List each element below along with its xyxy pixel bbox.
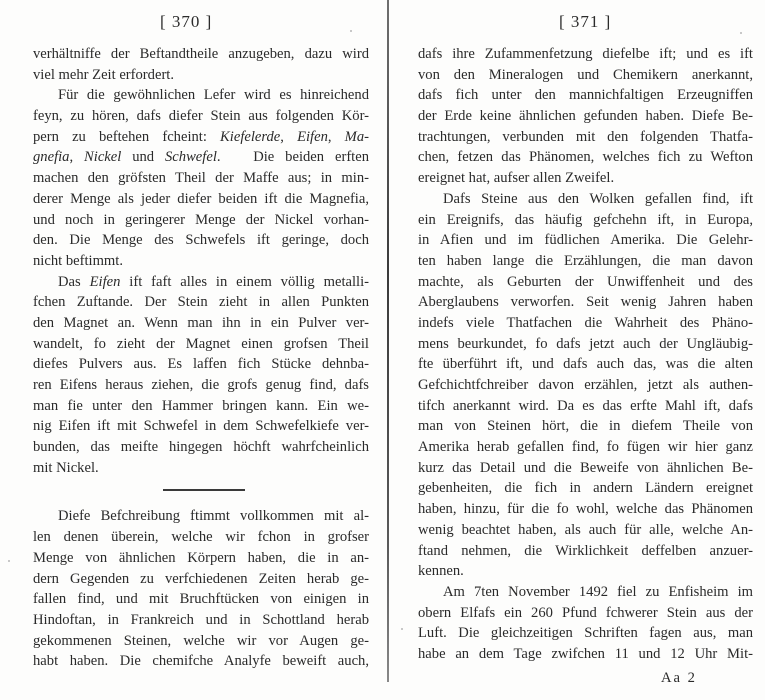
text-line: verhältniffe der Beftandtheile anzugeben… — [33, 44, 369, 65]
italic-term: Kiefelerde — [220, 129, 280, 145]
text-line: mens beurkundet, fo dafs jetzt auch der … — [418, 334, 753, 355]
text-line: trachtungen, verbunden mit den folgenden… — [418, 127, 753, 148]
text-line: obern Elfafs ein 260 Pfund fchwerer Stei… — [418, 603, 753, 624]
text-line: der Erde keine ähnlichen gefunden haben.… — [418, 106, 753, 127]
scan-speck — [740, 32, 742, 34]
text-line: von den Mineralogen und Chemikern anerka… — [418, 65, 753, 86]
left-page-body: verhältniffe der Beftandtheile anzugeben… — [33, 44, 369, 672]
text-segment: pern zu beftehen fcheint: — [33, 129, 220, 145]
text-line: feyn, zu hören, dafs diefer Stein aus fo… — [33, 106, 369, 127]
section-separator-wrap — [33, 478, 369, 506]
text-line: bunden, das meifte hingegen höchft wahrf… — [33, 437, 369, 458]
text-line: Amerika herab gefallen find, fo fügen wi… — [418, 437, 753, 458]
text-line: machen den gröfsten Theil der Maffe aus;… — [33, 168, 369, 189]
book-spread: [ 370 ] verhältniffe der Beftandtheile a… — [0, 0, 765, 700]
text-line: habt haben. Die chemifche Analyfe beweif… — [33, 651, 369, 672]
text-line: haben, hinzu, für die fo wohl, welche da… — [418, 499, 753, 520]
italic-term: Eifen — [90, 274, 121, 290]
text-line: fte überführt ift, und dafs auch das, wa… — [418, 354, 753, 375]
text-line: Luft. Die gleichzeitigen Schriften fagen… — [418, 623, 753, 644]
text-line: machte, als Geburten der Unwiffenheit un… — [418, 272, 753, 293]
text-line: kurz das Detail und die Beweife von ähnl… — [418, 458, 753, 479]
text-line: derer Menge als jeder diefer beiden ift … — [33, 189, 369, 210]
italic-term: Eifen — [297, 129, 328, 145]
text-line-with-italics: Das Eifen ift faft alles in einem völlig… — [33, 272, 369, 293]
text-line: dafs ihre Zufammenfetzung diefelbe ift; … — [418, 44, 753, 65]
text-line-with-italics: pern zu beftehen fcheint: Kiefelerde, Ei… — [33, 127, 369, 148]
text-line: Menge von ähnlichen Körpern haben, die i… — [33, 548, 369, 569]
text-line: tifch anerkannt wird. Da es das erfte Ma… — [418, 396, 753, 417]
scan-speck — [8, 560, 10, 562]
text-line: den Magnet an. Wenn man ihn in ein Pulve… — [33, 313, 369, 334]
text-line: fallen find, und mit Bruchftücken von ei… — [33, 589, 369, 610]
text-segment: , — [69, 149, 84, 165]
text-line: dafs fich unter den mannichfaltigen Erze… — [418, 85, 753, 106]
italic-term: gnefia — [33, 149, 69, 165]
text-line: indefs viele Thatfachen die Wahrheit des… — [418, 313, 753, 334]
page-number-left: [ 370 ] — [160, 12, 212, 32]
italic-term: Ma- — [345, 129, 369, 145]
text-line: wenig beachtet haben, als auch für alle,… — [418, 520, 753, 541]
text-line: Hindoftan, in Frankreich und in Schottla… — [33, 610, 369, 631]
text-line: chen, fetzen das Phänomen, welches fich … — [418, 147, 753, 168]
text-segment: und — [121, 149, 165, 165]
text-line: viel mehr Zeit erfordert. — [33, 65, 369, 86]
text-line: nig Eifen ift mit Schwefel in dem Schwef… — [33, 416, 369, 437]
text-line: man fie unter den Hammer bringen kann. E… — [33, 396, 369, 417]
text-line: diefes Pulvers aus. Es laffen fich Stück… — [33, 354, 369, 375]
text-segment: ift faft alles in einem völlig metalli- — [120, 274, 369, 290]
italic-term: Nickel — [84, 149, 121, 165]
text-line: mit Nickel. — [33, 458, 369, 479]
text-line: und noch in geringerer Menge der Nickel … — [33, 210, 369, 231]
text-line: habe an dem Tage zwifchen 11 und 12 Uhr … — [418, 644, 753, 665]
text-line: Für die gewöhnlichen Lefer wird es hinre… — [33, 85, 369, 106]
signature-catchword: Aa 2 — [661, 670, 697, 687]
text-line: ein Ereignifs, das häufig gefchehn ift, … — [418, 210, 753, 231]
text-line: Aberglaubens verworfen. Seit wenig Jahre… — [418, 292, 753, 313]
right-page: [ 371 ] dafs ihre Zufammenfetzung diefel… — [389, 0, 765, 700]
text-segment: . Die beiden erften — [217, 149, 369, 165]
text-line: ereignet hat, aufser allen Zweifel. — [418, 168, 753, 189]
italic-term: Schwefel — [165, 149, 217, 165]
left-page: [ 370 ] verhältniffe der Beftandtheile a… — [0, 0, 387, 700]
text-line: kennen. — [418, 561, 753, 582]
text-line: in Afien und im füdlichen Amerika. Die G… — [418, 230, 753, 251]
text-line: ten haben lange die Erzählungen, die man… — [418, 251, 753, 272]
text-line: gebenheiten, die fich in andern Ländern … — [418, 478, 753, 499]
text-segment: , — [328, 129, 345, 145]
text-segment: Das — [58, 274, 90, 290]
section-separator-rule — [163, 489, 245, 491]
right-page-body: dafs ihre Zufammenfetzung diefelbe ift; … — [418, 44, 753, 665]
text-line: Diefe Befchreibung ftimmt vollkommen mit… — [33, 506, 369, 527]
page-number-right: [ 371 ] — [559, 12, 611, 32]
scan-speck — [401, 628, 403, 630]
text-line: ren Eifens heraus ziehen, die grofs genu… — [33, 375, 369, 396]
text-segment: , — [280, 129, 297, 145]
text-line: den. Die Menge des Schwefels ift geringe… — [33, 230, 369, 251]
scan-speck — [350, 30, 352, 32]
text-line: dern Gegenden zu verfchiedenen Zeiten he… — [33, 569, 369, 590]
text-line: nicht beftimmt. — [33, 251, 369, 272]
text-line: len denen überein, welche wir fchon in g… — [33, 527, 369, 548]
text-line-with-italics: gnefia, Nickel und Schwefel. Die beiden … — [33, 147, 369, 168]
text-line: ftand nehmen, die Wirklichkeit deffelben… — [418, 541, 753, 562]
text-line: fchen Zuftande. Der Stein zieht in allen… — [33, 292, 369, 313]
text-line: wandelt, fo zieht der Magnet einen grofs… — [33, 334, 369, 355]
text-line: Dafs Steine aus den Wolken gefallen find… — [418, 189, 753, 210]
text-line: Am 7ten November 1492 fiel zu Enfisheim … — [418, 582, 753, 603]
text-line: man von Steinen hört, die in diefem Thei… — [418, 416, 753, 437]
text-line: Gefchichtfchreiber davon erzählen, jetzt… — [418, 375, 753, 396]
text-line: gekommenen Steinen, welche wir vor Augen… — [33, 631, 369, 652]
